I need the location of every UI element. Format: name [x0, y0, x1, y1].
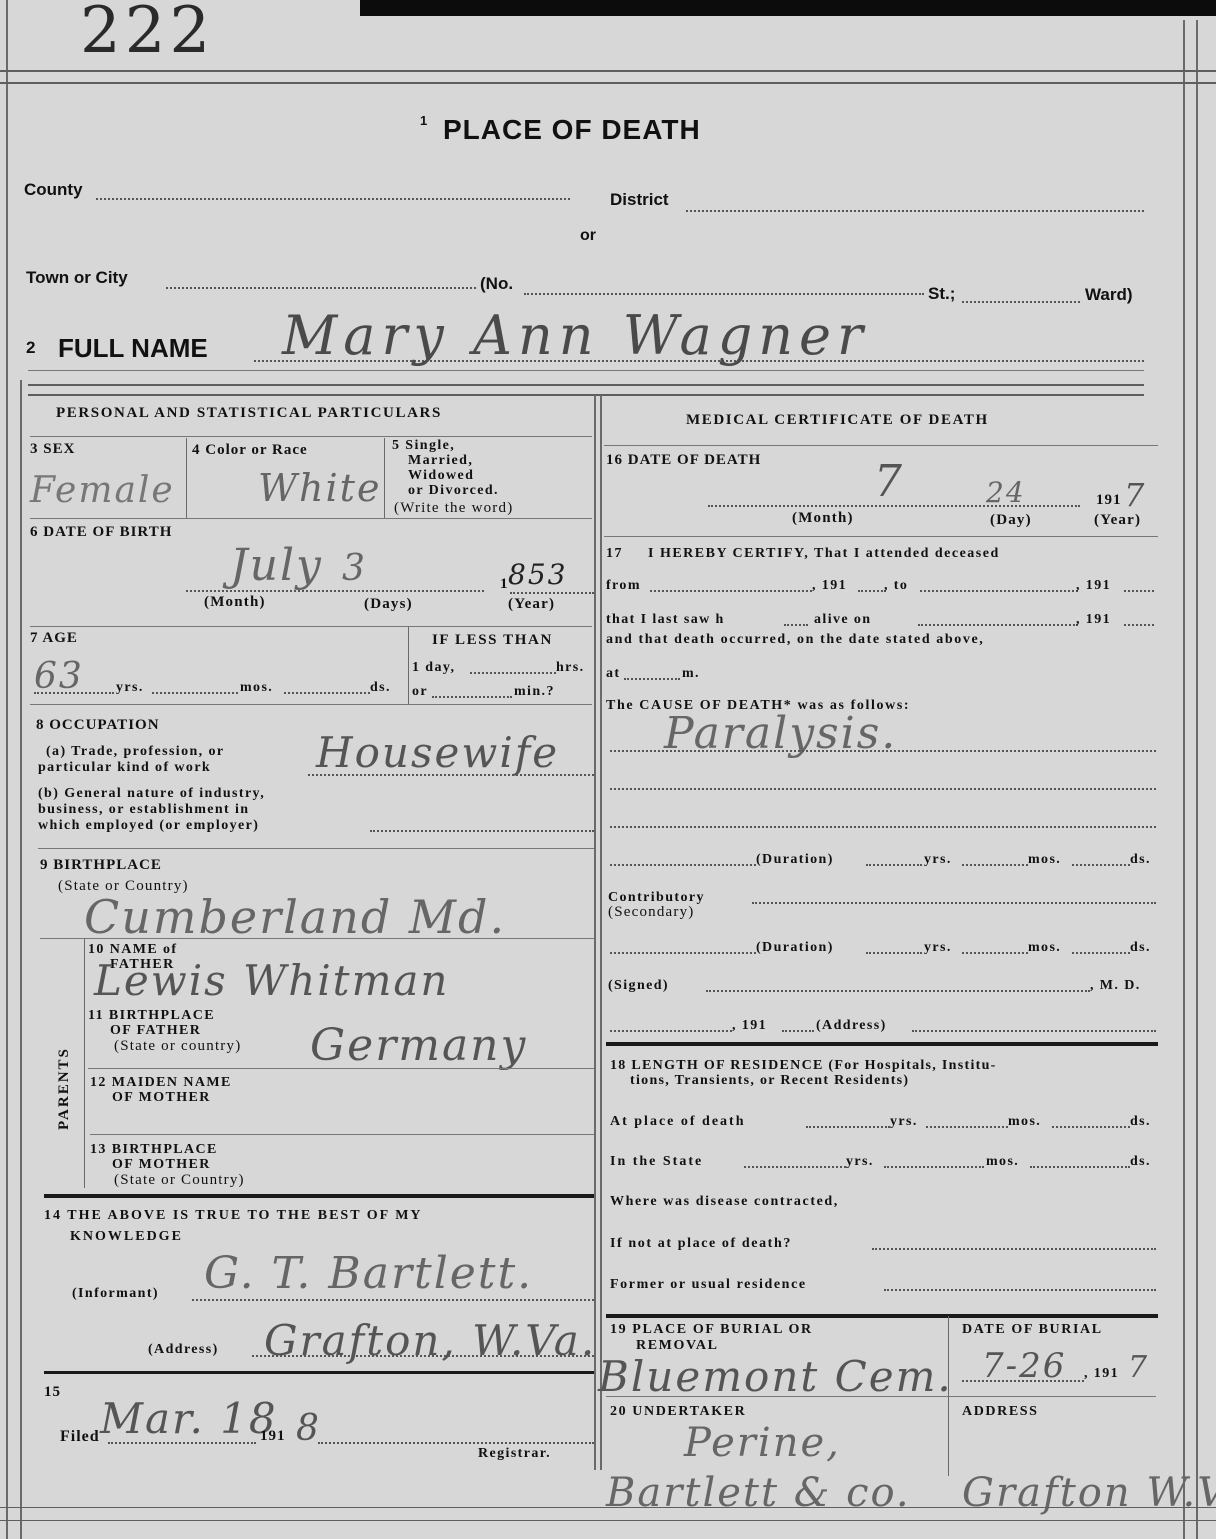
- rule: [606, 1396, 1156, 1397]
- at-place-mos-label: mos.: [1008, 1114, 1041, 1130]
- occupation-b-field[interactable]: [370, 830, 594, 832]
- in-state-months-field[interactable]: [884, 1166, 984, 1168]
- residence-label-2: tions, Transients, or Recent Residents): [630, 1073, 909, 1089]
- dob-day-value: 3: [342, 548, 367, 589]
- burial-place-label: 19 PLACE OF BURIAL OR REMOVAL: [610, 1322, 813, 1354]
- last-saw-date-field[interactable]: [918, 624, 1078, 626]
- burial-year-value: 7: [1128, 1350, 1149, 1385]
- county-label: County: [24, 180, 83, 200]
- duration-yrs-label: yrs.: [924, 852, 952, 868]
- father-birthplace-label-line: 11 BIRTHPLACE: [88, 1008, 215, 1023]
- father-birthplace-label: 11 BIRTHPLACE OF FATHER: [88, 1008, 215, 1038]
- street-label: St.;: [928, 284, 955, 304]
- death-year-caption: (Year): [1094, 512, 1141, 529]
- dob-year-field[interactable]: [510, 592, 594, 594]
- disease-contracted-field[interactable]: [872, 1248, 1156, 1250]
- medical-heading: MEDICAL CERTIFICATE OF DEATH: [686, 412, 989, 429]
- filed-date-value: Mar. 18: [100, 1394, 278, 1443]
- certify-191-c: , 191: [1076, 612, 1111, 628]
- attended-to-field[interactable]: [920, 590, 1078, 592]
- father-birthplace-label-line: OF FATHER: [88, 1023, 215, 1038]
- mother-name-label-line: OF MOTHER: [90, 1090, 232, 1105]
- father-birthplace-value: Germany: [310, 1020, 527, 1071]
- duration-ds-label: ds.: [1130, 852, 1151, 868]
- right-border-line: [1183, 20, 1185, 1539]
- burial-place-label-line: 19 PLACE OF BURIAL OR: [610, 1322, 813, 1338]
- attended-from-year-field[interactable]: [858, 590, 886, 592]
- name-underline: [28, 370, 1144, 371]
- certify-line-1: 17 I HEREBY CERTIFY, That I attended dec…: [606, 546, 1000, 562]
- death-year-value: 7: [1124, 476, 1146, 514]
- rule: [604, 536, 1158, 537]
- right-outer-border-line: [1196, 20, 1198, 1539]
- duration-mos-label-2: mos.: [1028, 940, 1061, 956]
- death-day-value: 24: [986, 476, 1026, 509]
- left-border-line: [6, 0, 8, 1539]
- at-place-days-field[interactable]: [1052, 1126, 1130, 1128]
- certify-last-saw-label: that I last saw h: [606, 612, 725, 628]
- less-than-day-label: 1 day,: [412, 660, 455, 676]
- father-name-label-line: 10 NAME of: [88, 942, 177, 957]
- signed-year-field[interactable]: [782, 1030, 814, 1032]
- rule: [30, 704, 592, 705]
- section-rule: [606, 1042, 1158, 1046]
- in-state-ds-label: ds.: [1130, 1154, 1151, 1170]
- informant-label: (Informant): [72, 1286, 159, 1302]
- duration-mos-label: mos.: [1028, 852, 1061, 868]
- duration-months-field[interactable]: [962, 864, 1028, 866]
- street-field[interactable]: [524, 293, 924, 295]
- cell-divider: [186, 438, 187, 518]
- in-state-mos-label: mos.: [986, 1154, 1019, 1170]
- certify-alive-on-label: alive on: [814, 612, 871, 628]
- at-place-years-field[interactable]: [806, 1126, 890, 1128]
- certify-191-b: , 191: [1076, 578, 1111, 594]
- undertaker-address-value: Grafton W.Va.: [962, 1470, 1216, 1516]
- informant-statement-2: KNOWLEDGE: [70, 1229, 183, 1245]
- former-residence-label: Former or usual residence: [610, 1277, 807, 1293]
- header-rule-2: [0, 82, 1216, 84]
- certify-line-4: and that death occurred, on the date sta…: [606, 632, 984, 648]
- cause-line-2[interactable]: [610, 788, 1156, 790]
- occupation-label: 8 OCCUPATION: [36, 717, 160, 734]
- district-field[interactable]: [686, 210, 1144, 212]
- registrar-label: Registrar.: [478, 1446, 551, 1462]
- marital-label: 5 Single, Married, Widowed or Divorced.: [392, 438, 499, 498]
- age-yrs-label: yrs.: [116, 680, 144, 696]
- informant-value: G. T. Bartlett.: [204, 1248, 533, 1299]
- occupation-a-label-2: particular kind of work: [38, 760, 211, 776]
- section-number-2: 2: [26, 338, 35, 358]
- marital-label-line: Married,: [392, 453, 499, 468]
- name-section-rule: [28, 384, 1144, 386]
- occupation-b-label-line: which employed (or employer): [38, 818, 265, 834]
- less-than-label: IF LESS THAN: [432, 632, 553, 649]
- marital-hint: (Write the word): [394, 500, 513, 517]
- certificate-number: 222: [80, 0, 214, 68]
- residence-label-1: 18 LENGTH OF RESIDENCE (For Hospitals, I…: [610, 1058, 997, 1074]
- parents-side-label: PARENTS: [56, 1047, 73, 1130]
- physician-address-field[interactable]: [912, 1030, 1156, 1032]
- informant-statement-1: 14 THE ABOVE IS TRUE TO THE BEST OF MY: [44, 1208, 423, 1224]
- dob-day-caption: (Days): [364, 596, 413, 613]
- personal-particulars-heading: PERSONAL AND STATISTICAL PARTICULARS: [56, 405, 442, 422]
- race-label: 4 Color or Race: [192, 442, 308, 459]
- column-divider-2: [600, 395, 602, 1470]
- rule: [30, 518, 592, 519]
- at-place-months-field[interactable]: [926, 1126, 1008, 1128]
- burial-year-prefix: , 191: [1084, 1366, 1119, 1382]
- where-contracted-label: Where was disease contracted,: [610, 1194, 839, 1210]
- section-rule: [44, 1194, 594, 1198]
- duration-ds-label-2: ds.: [1130, 940, 1151, 956]
- father-birthplace-hint: (State or country): [114, 1038, 241, 1055]
- place-of-death-title: PLACE OF DEATH: [443, 114, 701, 146]
- or-label: or: [580, 227, 596, 245]
- death-month-caption: (Month): [792, 510, 854, 527]
- rule: [30, 626, 592, 627]
- rule: [30, 436, 592, 437]
- race-value: White: [258, 466, 381, 510]
- mother-birthplace-label: 13 BIRTHPLACE OF MOTHER: [90, 1142, 218, 1172]
- ward-label: Ward): [1085, 285, 1133, 305]
- undertaker-value-2: Bartlett & co.: [606, 1470, 911, 1516]
- section-rule: [606, 1314, 1158, 1318]
- minutes-field[interactable]: [432, 696, 512, 698]
- column-divider: [594, 395, 596, 1470]
- rule: [90, 1134, 594, 1135]
- informant-address-value: Grafton, W.Va.: [264, 1316, 596, 1365]
- if-not-at-place-label: If not at place of death?: [610, 1236, 792, 1252]
- cell-divider: [384, 438, 385, 518]
- contributory-duration-prefix-field[interactable]: [610, 952, 756, 954]
- full-name-value: Mary Ann Wagner: [282, 304, 869, 367]
- mother-name-label-line: 12 MAIDEN NAME: [90, 1075, 232, 1090]
- minutes-label: min.?: [514, 684, 555, 700]
- marital-label-line: Widowed: [392, 468, 499, 483]
- death-day-caption: (Day): [990, 512, 1032, 529]
- cause-duration-prefix-field[interactable]: [610, 864, 756, 866]
- signed-year-prefix: , 191: [732, 1018, 767, 1034]
- in-state-years-field[interactable]: [744, 1166, 846, 1168]
- age-years-value: 63: [34, 656, 84, 697]
- duration-label: (Duration): [756, 852, 834, 868]
- section-rule: [44, 1371, 594, 1374]
- dob-year-value: 853: [508, 558, 567, 591]
- dob-month-caption: (Month): [204, 594, 266, 611]
- contributory-days-field[interactable]: [1072, 952, 1130, 954]
- section-number-15: 15: [44, 1384, 61, 1401]
- father-name-value: Lewis Whitman: [94, 956, 449, 1005]
- age-months-field[interactable]: [152, 692, 238, 694]
- hours-field[interactable]: [470, 672, 556, 674]
- undertaker-label: 20 UNDERTAKER: [610, 1404, 746, 1420]
- dob-year-caption: (Year): [508, 596, 555, 613]
- dob-label: 6 DATE OF BIRTH: [30, 524, 172, 541]
- bottom-rule-2: [0, 1520, 1216, 1521]
- mother-birthplace-label-line: OF MOTHER: [90, 1157, 218, 1172]
- in-state-label: In the State: [610, 1154, 703, 1170]
- signed-label: (Signed): [608, 978, 669, 994]
- date-of-death-label: 16 DATE OF DEATH: [606, 452, 761, 469]
- contributory-months-field[interactable]: [962, 952, 1028, 954]
- death-year-prefix: 191: [1096, 492, 1122, 509]
- physician-address-label: (Address): [816, 1018, 887, 1034]
- occupation-a-value: Housewife: [316, 728, 559, 777]
- at-place-ds-label: ds.: [1130, 1114, 1151, 1130]
- district-label: District: [610, 190, 669, 210]
- in-state-days-field[interactable]: [1030, 1166, 1130, 1168]
- duration-days-field[interactable]: [1072, 864, 1130, 866]
- cell-divider: [408, 626, 409, 704]
- parents-divider: [84, 938, 85, 1188]
- town-label: Town or City: [26, 268, 128, 288]
- attended-from-field[interactable]: [650, 590, 812, 592]
- undertaker-value-1: Perine,: [684, 1420, 841, 1466]
- undertaker-address-label: ADDRESS: [962, 1404, 1039, 1420]
- bottom-rule: [0, 1507, 1216, 1508]
- rule: [88, 1068, 594, 1069]
- rule: [40, 938, 594, 939]
- registrar-field[interactable]: [318, 1442, 594, 1444]
- left-inner-border-line: [20, 380, 22, 1539]
- certify-191-a: , 191: [812, 578, 847, 594]
- birthplace-value: Cumberland Md.: [84, 890, 506, 944]
- certify-at-label: at: [606, 666, 620, 682]
- at-place-label: At place of death: [610, 1114, 746, 1130]
- filed-label: Filed: [60, 1428, 100, 1446]
- md-label: , M. D.: [1090, 978, 1141, 994]
- filed-year-prefix: 191: [260, 1428, 286, 1445]
- contributory-field[interactable]: [752, 902, 1156, 904]
- burial-date-label: DATE OF BURIAL: [962, 1322, 1103, 1338]
- age-days-field[interactable]: [284, 692, 370, 694]
- town-field[interactable]: [166, 287, 476, 289]
- ward-field[interactable]: [962, 301, 1080, 303]
- sex-value: Female: [30, 470, 175, 511]
- certify-from-label: from: [606, 578, 641, 594]
- section-number-1: 1: [420, 113, 427, 128]
- sex-label: 3 SEX: [30, 441, 75, 458]
- hours-label: hrs.: [556, 660, 585, 676]
- mother-birthplace-hint: (State or Country): [114, 1172, 245, 1189]
- burial-date-value: 7-26: [982, 1346, 1066, 1386]
- secondary-label: (Secondary): [608, 904, 695, 921]
- occupation-b-label-line: (b) General nature of industry,: [38, 786, 265, 802]
- duration-years-field[interactable]: [866, 864, 922, 866]
- occupation-b-label-line: business, or establishment in: [38, 802, 265, 818]
- signed-date-field[interactable]: [610, 1030, 732, 1032]
- contributory-years-field[interactable]: [866, 952, 922, 954]
- marital-label-line: or Divorced.: [392, 483, 499, 498]
- certify-to-label: , to: [884, 578, 908, 594]
- dob-month-value: July: [230, 540, 323, 591]
- burial-place-value: Bluemont Cem.: [598, 1352, 953, 1401]
- header-rule: [0, 70, 1216, 72]
- last-saw-pronoun-field[interactable]: [784, 624, 808, 626]
- informant-field[interactable]: [192, 1299, 594, 1301]
- marital-label-line: 5 Single,: [392, 438, 499, 453]
- death-time-field[interactable]: [624, 678, 680, 680]
- age-label: 7 AGE: [30, 630, 78, 647]
- occupation-a-label-1: (a) Trade, profession, or: [46, 744, 225, 760]
- birthplace-label: 9 BIRTHPLACE: [40, 857, 162, 874]
- age-years-field[interactable]: [34, 692, 114, 694]
- cause-line-1[interactable]: [610, 750, 1156, 752]
- duration-yrs-label-2: yrs.: [924, 940, 952, 956]
- death-month-value: 7: [874, 456, 904, 507]
- duration-label-2: (Duration): [756, 940, 834, 956]
- street-number-label: (No.: [480, 274, 513, 294]
- certify-m-label: m.: [682, 666, 700, 682]
- age-mos-label: mos.: [240, 680, 273, 696]
- cause-line-3[interactable]: [610, 826, 1156, 828]
- name-section-rule-2: [28, 394, 1144, 396]
- mother-name-label: 12 MAIDEN NAME OF MOTHER: [90, 1075, 232, 1105]
- informant-address-label: (Address): [148, 1342, 219, 1358]
- physician-signature-field[interactable]: [706, 990, 1090, 992]
- at-place-yrs-label: yrs.: [890, 1114, 918, 1130]
- rule: [604, 445, 1158, 446]
- in-state-yrs-label: yrs.: [846, 1154, 874, 1170]
- last-saw-year-field[interactable]: [1124, 624, 1154, 626]
- age-ds-label: ds.: [370, 680, 391, 696]
- full-name-label: FULL NAME: [58, 333, 208, 364]
- mother-birthplace-label-line: 13 BIRTHPLACE: [90, 1142, 218, 1157]
- less-than-or-label: or: [412, 684, 428, 700]
- former-residence-field[interactable]: [884, 1289, 1156, 1291]
- rule: [38, 848, 594, 849]
- attended-to-year-field[interactable]: [1124, 590, 1154, 592]
- county-field[interactable]: [96, 198, 570, 200]
- occupation-b-label: (b) General nature of industry, business…: [38, 786, 265, 834]
